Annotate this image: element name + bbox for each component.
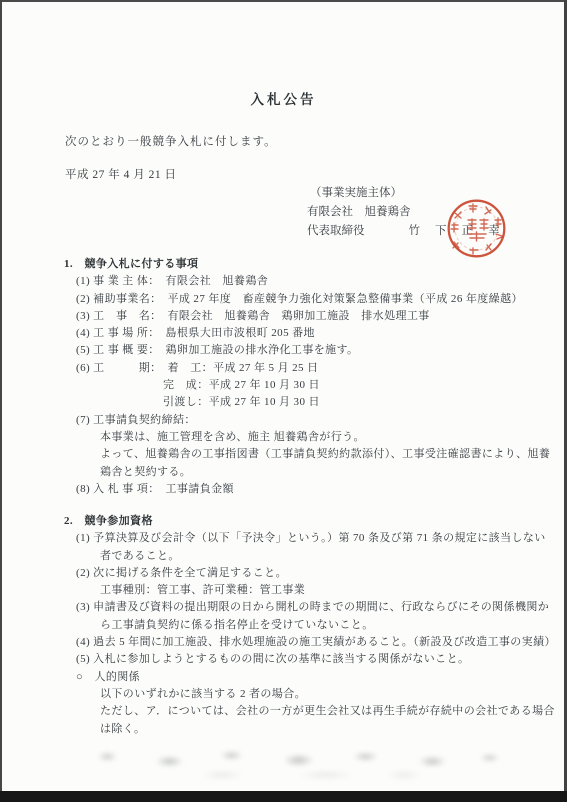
date-line: 平成 27 年 4 月 21 日 bbox=[65, 166, 177, 182]
section1-item-6-start: (6) 工 期： 着 工：平成 27 年 5 月 25 日 bbox=[76, 360, 567, 377]
scan-edge-bottom bbox=[0, 791, 567, 802]
section2-item-3-cont: ら工事請負契約に係る指名停止を受けていないこと。 bbox=[100, 617, 567, 634]
section1-item-1: (1) 事 業 主 体： 有限会社 旭養鶏舎 bbox=[76, 273, 567, 290]
section2-personal-relation: ○ 人的関係 bbox=[76, 669, 567, 686]
section1-item-2: (2) 補助事業名： 平成 27 年度 畜産競争力強化対策緊急整備事業（平成 2… bbox=[76, 291, 567, 308]
section2-item-1-cont: 者であること。 bbox=[100, 548, 567, 565]
scan-edge-top bbox=[0, 0, 567, 2]
scan-showthrough-artifact bbox=[50, 747, 528, 771]
section-bid-items: 1. 競争入札に付する事項 (1) 事 業 主 体： 有限会社 旭養鶏舎 (2)… bbox=[0, 256, 567, 498]
section-qualification: 2. 競争参加資格 (1) 予算決算及び会計令（以下「予決令」という。）第 70… bbox=[0, 513, 567, 738]
section2-item-1: (1) 予算決算及び会計令（以下「予決令」という。）第 70 条及び第 71 条… bbox=[76, 530, 567, 547]
section2-personal-relation-2: ただし、ア．については、会社の一方が更生会社又は再生手続が存続中の会社である場合 bbox=[100, 703, 567, 720]
section1-item-5: (5) 工 事 概 要： 鶏卵加工施設の排水浄化工事を施す。 bbox=[76, 342, 567, 359]
section2-item-3: (3) 申請書及び資料の提出期限の日から開札の時までの期間に、行政ならびにその関… bbox=[76, 599, 567, 616]
section1-item-3: (3) 工 事 名： 有限会社 旭養鶏舎 鶏卵加工施設 排水処理工事 bbox=[76, 308, 567, 325]
section2-personal-relation-1: 以下のいずれかに該当する 2 者の場合。 bbox=[100, 686, 567, 703]
section1-item-6-completion: 完 成：平成 27 年 10 月 30 日 bbox=[163, 377, 567, 394]
section1-item-7-detail-1: 本事業は、施工管理を含め、施主 旭養鶏舎が行う。 bbox=[100, 429, 567, 446]
representative-title: 代表取締役 bbox=[307, 222, 365, 241]
section2-item-2-detail: 工事種別：管工事、許可業種：管工事業 bbox=[100, 582, 567, 599]
section2-item-5: (5) 入札に参加しようとするものの間に次の基準に該当する関係がないこと。 bbox=[76, 651, 567, 668]
scan-showthrough-artifact-faint bbox=[170, 770, 430, 780]
section2-heading: 2. 競争参加資格 bbox=[64, 513, 567, 530]
section2-item-4: (4) 過去 5 年間に加工施設、排水処理施設の施工実績があること。（新設及び改… bbox=[76, 634, 567, 651]
section1-item-6-handover: 引渡し：平成 27 年 10 月 30 日 bbox=[163, 394, 567, 411]
section2-item-2: (2) 次に掲げる条件を全て満足すること。 bbox=[76, 565, 567, 582]
document-title: 入札公告 bbox=[0, 88, 567, 108]
section1-item-7-detail-2: よって、旭養鶏舎の工事指図書（工事請負契約約款添付）、工事受注確認書により、旭養 bbox=[100, 446, 567, 463]
company-seal-stamp bbox=[446, 198, 507, 259]
intro-line: 次のとおり一般競争入札に付します。 bbox=[65, 133, 277, 149]
section1-item-4: (4) 工 事 場 所： 島根県大田市波根町 205 番地 bbox=[76, 325, 567, 342]
section1-item-7: (7) 工事請負契約締結： bbox=[76, 412, 567, 429]
section2-personal-relation-3: は除く。 bbox=[100, 721, 567, 738]
section1-item-7-detail-3: 鶏舎と契約する。 bbox=[100, 464, 567, 481]
scanned-document-page: 入札公告 次のとおり一般競争入札に付します。 平成 27 年 4 月 21 日 … bbox=[0, 0, 567, 802]
section1-item-8: (8) 入 札 事 項： 工事請負金額 bbox=[76, 481, 567, 498]
seal-glyph-strokes bbox=[451, 204, 502, 254]
